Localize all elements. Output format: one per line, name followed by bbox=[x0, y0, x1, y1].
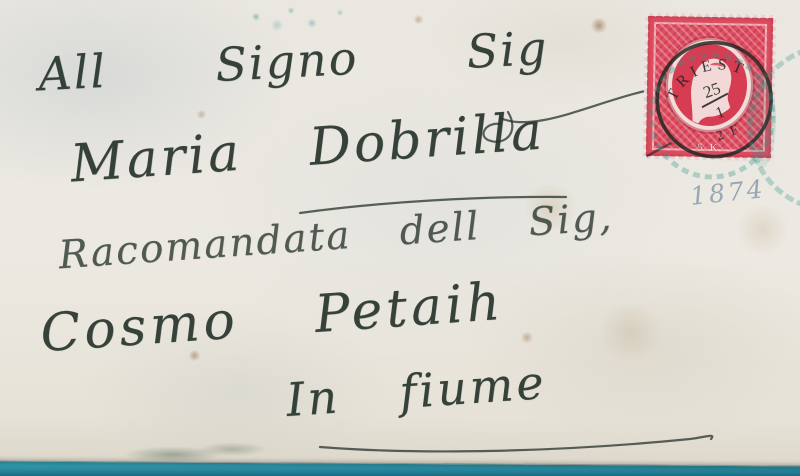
postmark-time: 2 F bbox=[715, 122, 743, 144]
postmark-date-month: 1 bbox=[713, 104, 726, 123]
